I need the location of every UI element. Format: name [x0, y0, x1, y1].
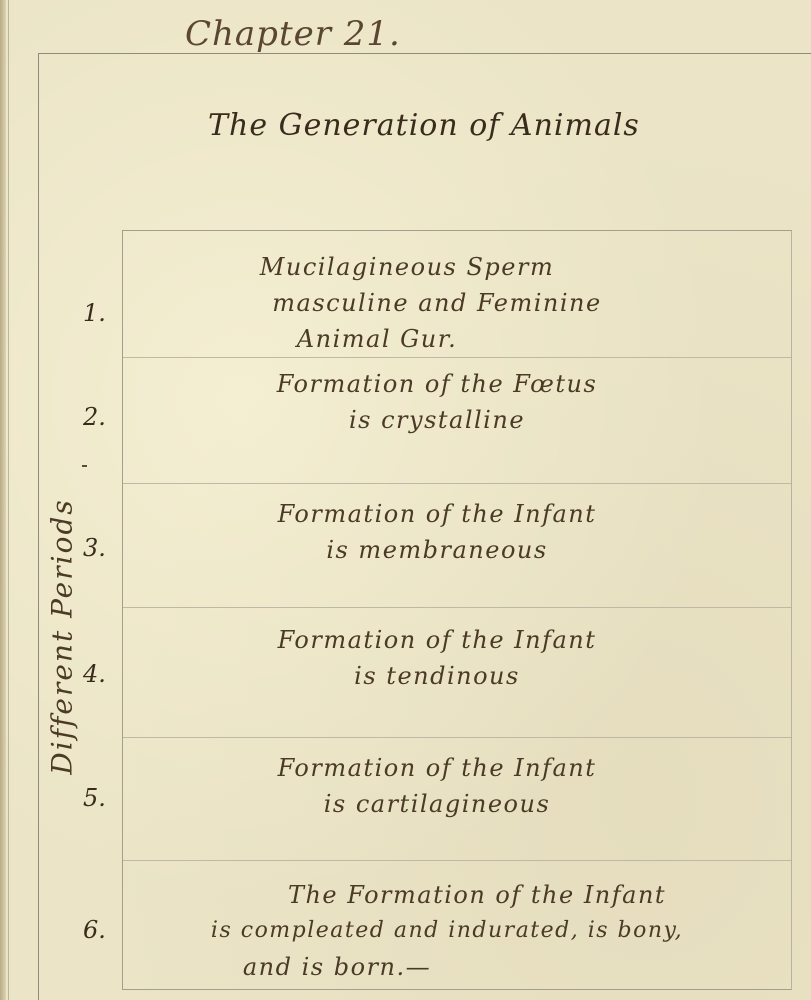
period-description: Mucilagineous Sperm masculine and Femini…	[123, 249, 751, 357]
period-line: is compleated and indurated, is bony,	[113, 913, 781, 949]
period-line: is tendinous	[123, 658, 751, 694]
period-line: The Formation of the Infant	[113, 877, 781, 913]
period-number: 5.	[83, 784, 106, 812]
period-line: and is born.—	[113, 949, 781, 985]
period-number: 1.	[83, 299, 106, 327]
table-row: 6. The Formation of the Infant is comple…	[123, 861, 791, 991]
period-description: Formation of the Fœtus is crystalline	[123, 366, 751, 438]
period-line: is cartilagineous	[123, 786, 751, 822]
table-row: 5. Formation of the Infant is cartilagin…	[123, 738, 791, 861]
page-margin-line	[8, 0, 9, 1000]
period-number: 3.	[83, 534, 106, 562]
period-description: Formation of the Infant is cartilagineou…	[123, 750, 751, 822]
period-line: is crystalline	[123, 402, 751, 438]
period-line: masculine and Feminine	[123, 285, 751, 321]
period-line: is membraneous	[123, 532, 751, 568]
period-line: Mucilagineous Sperm	[123, 249, 751, 285]
margin-mark	[82, 465, 87, 467]
side-label-different-periods: Different Periods	[46, 487, 79, 787]
page-binding-edge	[0, 0, 6, 1000]
period-description: Formation of the Infant is tendinous	[123, 622, 751, 694]
periods-table: 1. Mucilagineous Sperm masculine and Fem…	[122, 230, 792, 990]
period-description: The Formation of the Infant is compleate…	[113, 877, 781, 985]
period-description: Formation of the Infant is membraneous	[123, 496, 751, 568]
period-line: Formation of the Infant	[123, 750, 751, 786]
period-line: Animal Gur.	[123, 321, 751, 357]
period-line: Formation of the Infant	[123, 622, 751, 658]
frame-top-rule	[38, 53, 811, 54]
table-row: 2. Formation of the Fœtus is crystalline	[123, 358, 791, 484]
table-row: 1. Mucilagineous Sperm masculine and Fem…	[123, 231, 791, 358]
period-line: Formation of the Fœtus	[123, 366, 751, 402]
frame-left-rule	[38, 53, 39, 1000]
period-number: 4.	[83, 660, 106, 688]
period-number: 6.	[83, 916, 106, 944]
page-title: The Generation of Animals	[208, 108, 640, 143]
table-row: 4. Formation of the Infant is tendinous	[123, 608, 791, 738]
period-number: 2.	[83, 403, 106, 431]
table-row: 3. Formation of the Infant is membraneou…	[123, 484, 791, 608]
period-line: Formation of the Infant	[123, 496, 751, 532]
chapter-heading: Chapter 21.	[185, 14, 401, 54]
